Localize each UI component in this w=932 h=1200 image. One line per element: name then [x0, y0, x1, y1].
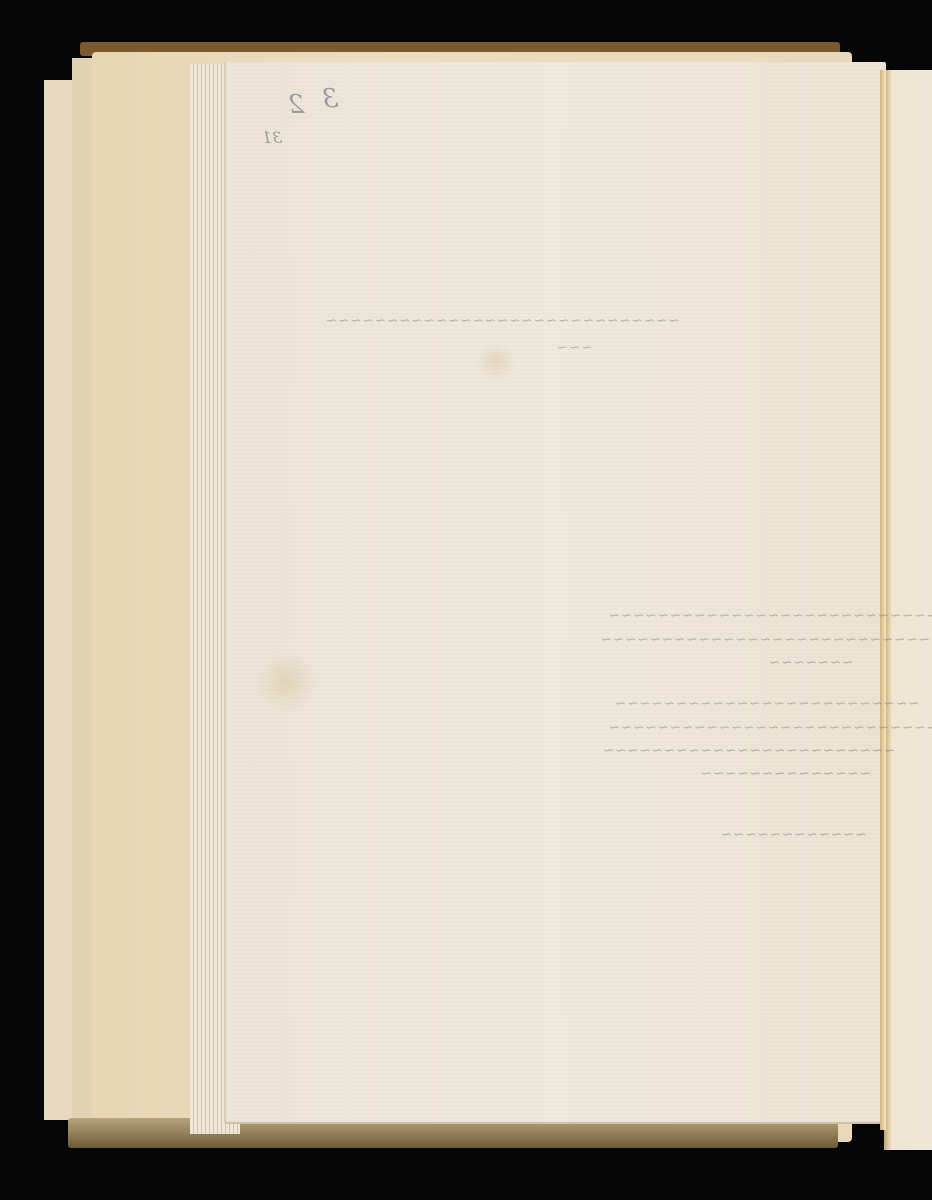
bleed-through-line: ~~~~~~~~~~~~~~~~~~~~~~~~ — [602, 743, 896, 759]
bleed-through-line: ~~~~~~~~~~~~~~~~~~~~~~~~~~~~ — [608, 608, 932, 624]
pencil-folio-mark: 2 — [288, 90, 305, 120]
bleed-through-line: ~~~~~~~~~~~~~~~~~~~~~~~~~~~ — [608, 720, 932, 736]
manuscript-page — [224, 62, 886, 1124]
foxing-stain — [476, 342, 516, 382]
bleed-through-line: ~~~~~~~~~~~~~~~~~~~~~~~~~~~~~ — [325, 313, 680, 329]
bleed-through-line: ~~~~~~~~~~~~ — [720, 827, 867, 843]
gutter — [880, 70, 886, 1130]
bleed-through-line: ~~~ — [556, 340, 593, 356]
foxing-stain — [256, 652, 316, 712]
bleed-through-line: ~~~~~~~~~~~~~~~~~~~~~~~~~~~~ — [600, 632, 932, 648]
bleed-through-line: ~~~~~~~ — [768, 655, 854, 671]
bleed-through-line: ~~~~~~~~~~~~~~~~~~~~~~~~~ — [614, 696, 920, 712]
bleed-through-line: ~~~~~~~~~~~~~~ — [700, 766, 871, 782]
pencil-small-mark: 31 — [262, 128, 282, 147]
pencil-folio-mark: 3 — [322, 84, 339, 114]
